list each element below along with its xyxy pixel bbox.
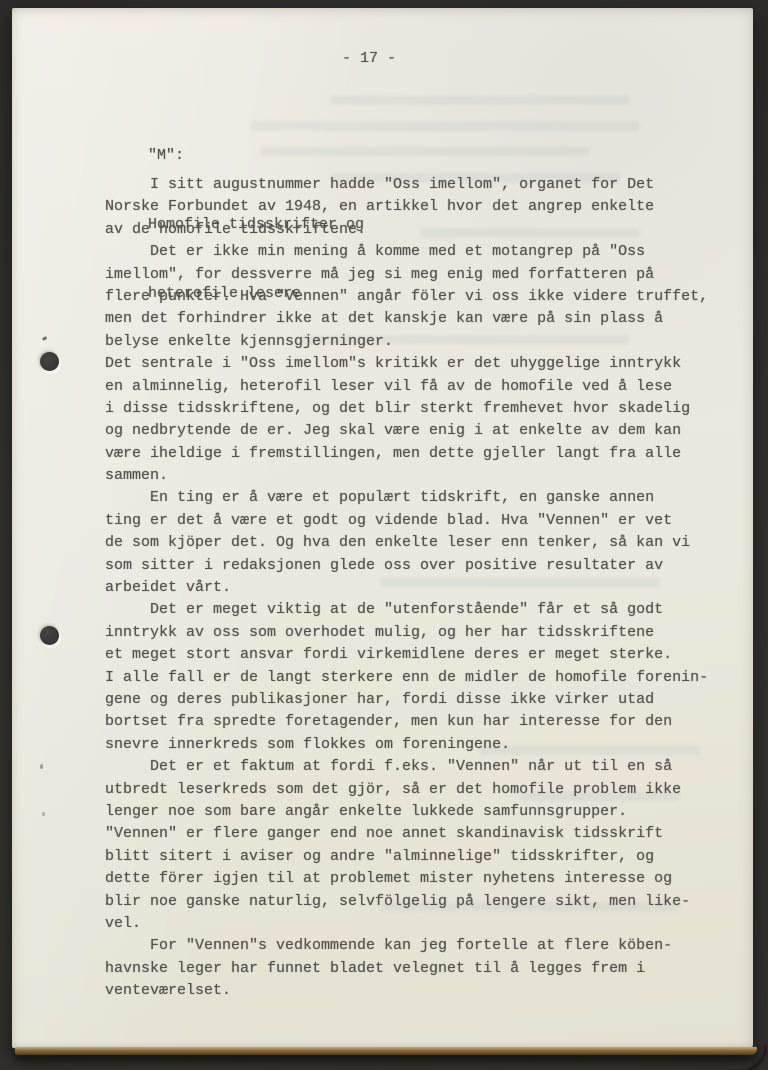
text-line: lenger noe som bare angår enkelte lukked…	[105, 801, 708, 823]
text-line: i disse tidsskriftene, og det blir sterk…	[105, 398, 708, 420]
text-line: være iheldige i fremstillingen, men dett…	[105, 443, 708, 465]
text-line: som sitter i redaksjonen glede oss over …	[105, 555, 708, 577]
text-line: de som kjöper det. Og hva den enkelte le…	[105, 532, 708, 554]
document-page: - 17 - "M": Homofile tidsskrifter og het…	[12, 8, 753, 1048]
text-line: et meget stort ansvar fordi virkemidlene…	[105, 644, 708, 666]
text-line: utbredt leserkreds som det gjör, så er d…	[105, 779, 708, 801]
page-stack-edge	[15, 1047, 757, 1055]
text-line: Det er ikke min mening å komme med et mo…	[105, 241, 708, 263]
text-line: belyse enkelte kjennsgjerninger.	[105, 331, 708, 353]
typewritten-text: I sitt augustnummer hadde "Oss imellom",…	[105, 174, 708, 1002]
text-line: arbeidet vårt.	[105, 577, 708, 599]
text-line: blir noe ganske naturlig, selvfölgelig p…	[105, 891, 708, 913]
header-label: "M":	[148, 144, 364, 167]
text-line: havnske leger har funnet bladet velegnet…	[105, 958, 708, 980]
text-line: Det er meget viktig at de "utenforståend…	[105, 599, 708, 621]
text-line: Det er et faktum at fordi f.eks. "Vennen…	[105, 756, 708, 778]
bleed-through-text	[330, 96, 630, 105]
text-line: bortset fra spredte foretagender, men ku…	[105, 711, 708, 733]
text-line: men det forhindrer ikke at det kanskje k…	[105, 308, 708, 330]
paper-speck	[42, 812, 45, 816]
text-line: imellom", for dessverre må jeg si meg en…	[105, 264, 708, 286]
photo-background: - 17 - "M": Homofile tidsskrifter og het…	[0, 0, 768, 1070]
text-line: Norske Forbundet av 1948, en artikkel hv…	[105, 196, 708, 218]
text-line: ting er det å være et godt og vidende bl…	[105, 510, 708, 532]
text-line: en alminnelig, heterofil leser vil få av…	[105, 376, 708, 398]
text-line: sammen.	[105, 465, 708, 487]
page-number: - 17 -	[342, 50, 396, 67]
text-line: I sitt augustnummer hadde "Oss imellom",…	[105, 174, 708, 196]
text-line: dette förer igjen til at problemet miste…	[105, 868, 708, 890]
page-curl-shadow	[719, 1045, 767, 1070]
text-line: I alle fall er de langt sterkere enn de …	[105, 667, 708, 689]
text-line: og nedbrytende de er. Jeg skal være enig…	[105, 420, 708, 442]
punch-hole-top	[40, 352, 59, 371]
paper-speck	[40, 764, 43, 769]
text-line: En ting er å være et populært tidskrift,…	[105, 487, 708, 509]
paper-speck	[42, 336, 48, 341]
text-line: Det sentrale i "Oss imellom"s kritikk er…	[105, 353, 708, 375]
text-line: For "Vennen"s vedkommende kan jeg fortel…	[105, 935, 708, 957]
punch-hole-bottom	[40, 626, 59, 645]
text-line: "Vennen" er flere ganger end noe annet s…	[105, 823, 708, 845]
text-line: av de homofile tidsskriftene.	[105, 219, 708, 241]
text-line: gene og deres publikasjoner har, fordi d…	[105, 689, 708, 711]
text-line: snevre innerkreds som flokkes om forenin…	[105, 734, 708, 756]
text-line: vel.	[105, 913, 708, 935]
text-line: venteværelset.	[105, 980, 708, 1002]
text-line: blitt sitert i aviser og andre "alminnel…	[105, 846, 708, 868]
text-line: flere punkter. Hva "Vennen" angår föler …	[105, 286, 708, 308]
text-line: inntrykk av oss som overhodet mulig, og …	[105, 622, 708, 644]
